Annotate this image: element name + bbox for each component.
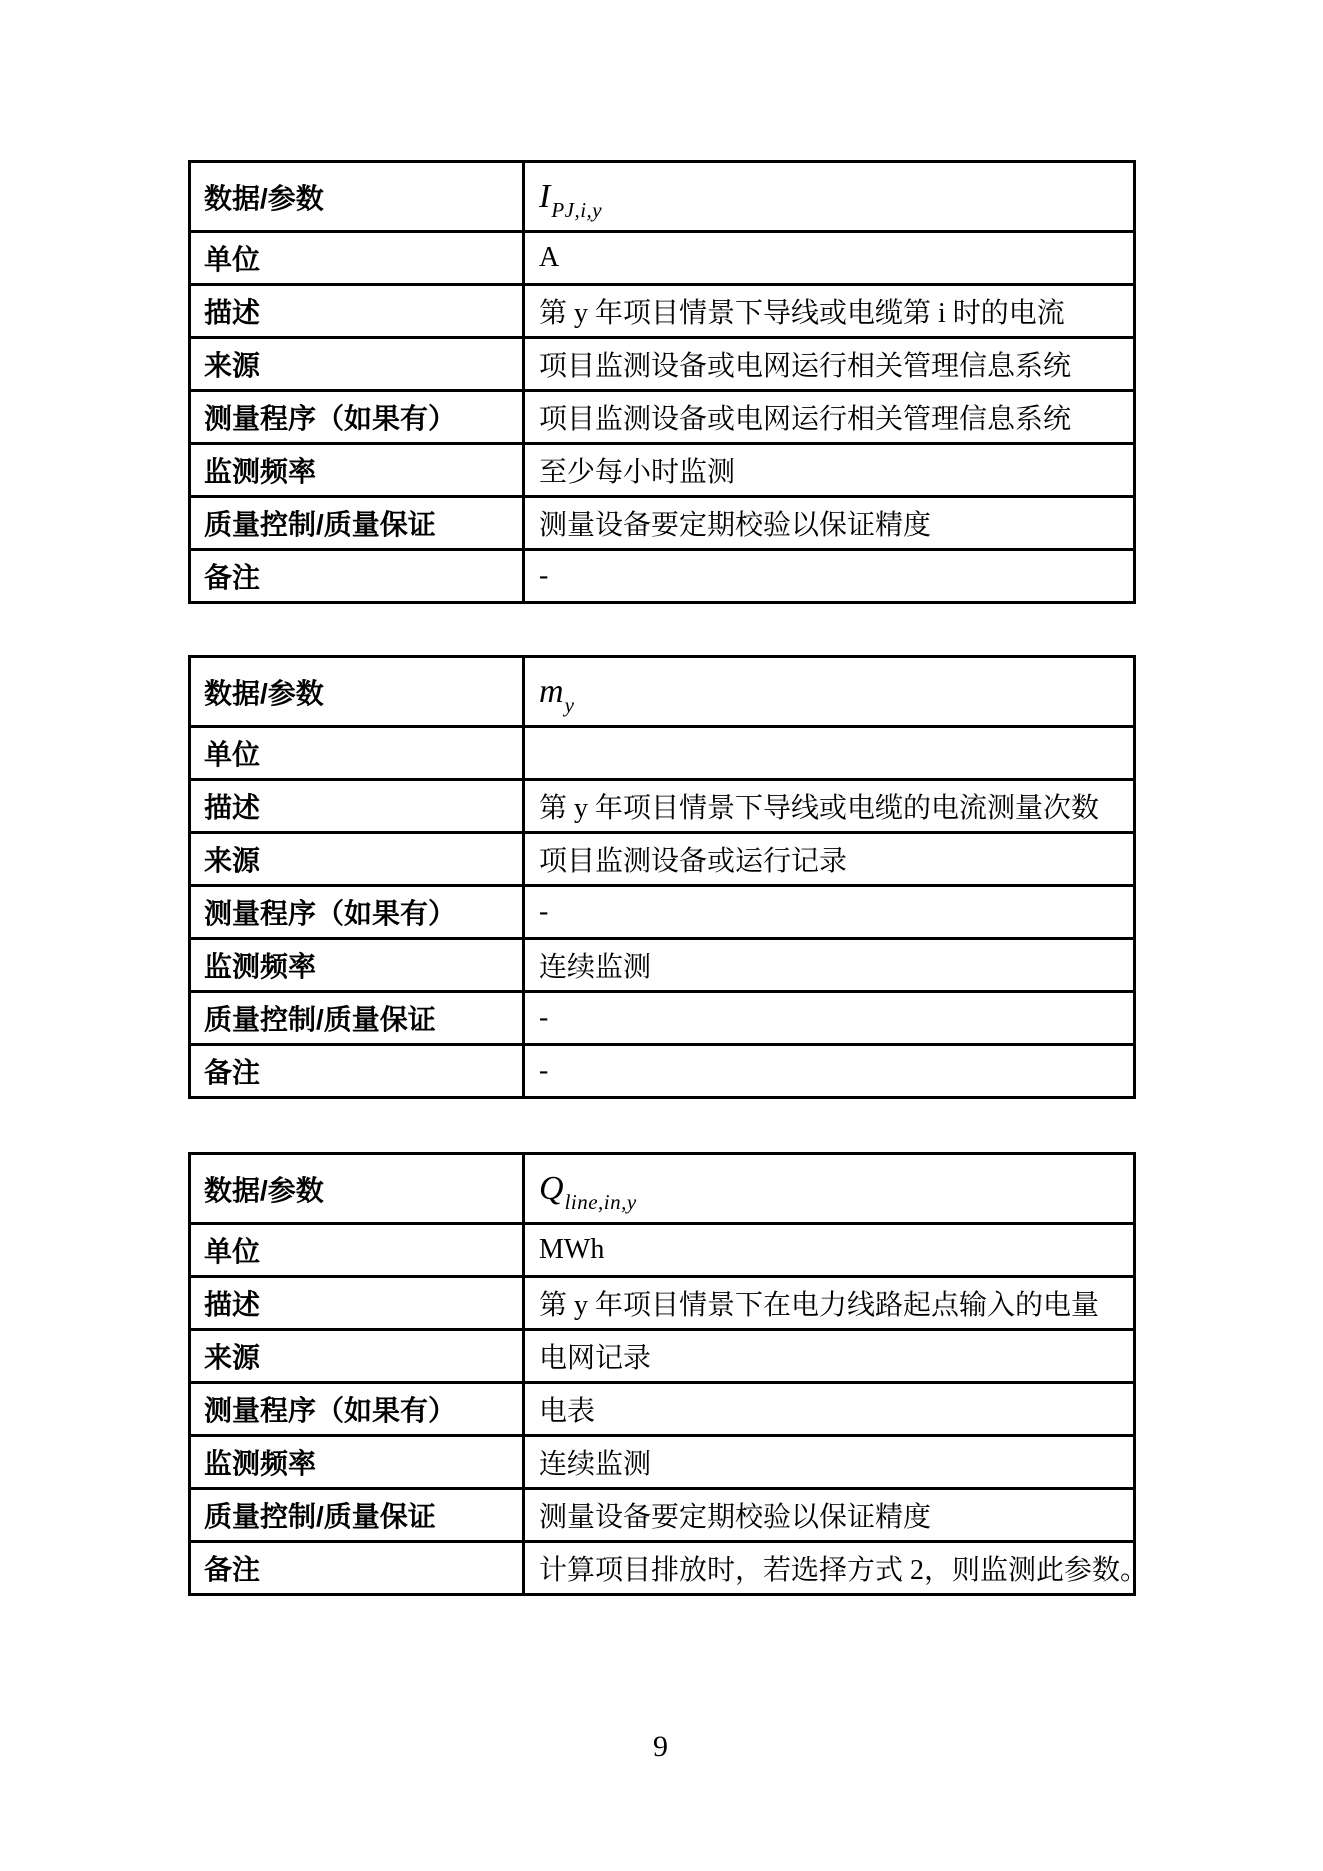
row-label: 数据/参数 <box>190 162 524 232</box>
row-label: 质量控制/质量保证 <box>190 497 524 550</box>
table-row: 数据/参数 my <box>190 657 1135 727</box>
table-row: 描述 第 y 年项目情景下导线或电缆的电流测量次数 <box>190 780 1135 833</box>
row-value: 第 y 年项目情景下在电力线路起点输入的电量 <box>524 1277 1135 1330</box>
table-row: 质量控制/质量保证 测量设备要定期校验以保证精度 <box>190 1489 1135 1542</box>
row-value: 电表 <box>524 1383 1135 1436</box>
table-row: 来源 电网记录 <box>190 1330 1135 1383</box>
row-label: 测量程序（如果有） <box>190 1383 524 1436</box>
page-number: 9 <box>188 1730 1133 1764</box>
table-row: 描述 第 y 年项目情景下导线或电缆第 i 时的电流 <box>190 285 1135 338</box>
row-label: 监测频率 <box>190 444 524 497</box>
row-value: - <box>524 1045 1135 1098</box>
document-page: 数据/参数 IPJ,i,y 单位 A 描述 第 y 年项目情景下导线或电缆第 i… <box>0 0 1323 1871</box>
table-row: 测量程序（如果有） 电表 <box>190 1383 1135 1436</box>
row-label: 描述 <box>190 1277 524 1330</box>
table-row: 备注 - <box>190 550 1135 603</box>
row-label: 监测频率 <box>190 1436 524 1489</box>
parameter-table-1: 数据/参数 IPJ,i,y 单位 A 描述 第 y 年项目情景下导线或电缆第 i… <box>188 160 1136 604</box>
row-value: 连续监测 <box>524 939 1135 992</box>
row-label: 备注 <box>190 1542 524 1595</box>
table-row: 监测频率 至少每小时监测 <box>190 444 1135 497</box>
table-row: 单位 MWh <box>190 1224 1135 1277</box>
row-value <box>524 727 1135 780</box>
row-value: 至少每小时监测 <box>524 444 1135 497</box>
row-label: 来源 <box>190 338 524 391</box>
table-row: 备注 计算项目排放时，若选择方式 2，则监测此参数。 <box>190 1542 1135 1595</box>
row-label: 描述 <box>190 285 524 338</box>
row-value: IPJ,i,y <box>524 162 1135 232</box>
row-value: 第 y 年项目情景下导线或电缆第 i 时的电流 <box>524 285 1135 338</box>
table-row: 来源 项目监测设备或运行记录 <box>190 833 1135 886</box>
row-label: 测量程序（如果有） <box>190 886 524 939</box>
row-label: 数据/参数 <box>190 657 524 727</box>
table-row: 单位 A <box>190 232 1135 285</box>
table-row: 数据/参数 Qline,in,y <box>190 1154 1135 1224</box>
row-value: 计算项目排放时，若选择方式 2，则监测此参数。 <box>524 1542 1135 1595</box>
row-label: 单位 <box>190 727 524 780</box>
table-row: 监测频率 连续监测 <box>190 939 1135 992</box>
row-value: MWh <box>524 1224 1135 1277</box>
row-value: - <box>524 550 1135 603</box>
row-value: 项目监测设备或电网运行相关管理信息系统 <box>524 338 1135 391</box>
row-label: 单位 <box>190 232 524 285</box>
row-label: 单位 <box>190 1224 524 1277</box>
row-value: 电网记录 <box>524 1330 1135 1383</box>
parameter-subscript: line,in,y <box>565 1190 637 1214</box>
row-label: 备注 <box>190 1045 524 1098</box>
row-label: 描述 <box>190 780 524 833</box>
table-row: 备注 - <box>190 1045 1135 1098</box>
parameter-symbol: Q <box>539 1170 564 1207</box>
row-value: 第 y 年项目情景下导线或电缆的电流测量次数 <box>524 780 1135 833</box>
table-row: 监测频率 连续监测 <box>190 1436 1135 1489</box>
parameter-subscript: y <box>565 693 575 717</box>
table-row: 单位 <box>190 727 1135 780</box>
row-value: Qline,in,y <box>524 1154 1135 1224</box>
table-row: 测量程序（如果有） - <box>190 886 1135 939</box>
row-label: 来源 <box>190 833 524 886</box>
table-row: 数据/参数 IPJ,i,y <box>190 162 1135 232</box>
row-value: - <box>524 992 1135 1045</box>
row-value: 项目监测设备或电网运行相关管理信息系统 <box>524 391 1135 444</box>
parameter-symbol: I <box>539 178 550 215</box>
table-row: 质量控制/质量保证 - <box>190 992 1135 1045</box>
row-label: 测量程序（如果有） <box>190 391 524 444</box>
row-label: 质量控制/质量保证 <box>190 992 524 1045</box>
row-label: 备注 <box>190 550 524 603</box>
row-value: A <box>524 232 1135 285</box>
parameter-table-2: 数据/参数 my 单位 描述 第 y 年项目情景下导线或电缆的电流测量次数 来源… <box>188 655 1136 1099</box>
row-value: 测量设备要定期校验以保证精度 <box>524 1489 1135 1542</box>
table-row: 测量程序（如果有） 项目监测设备或电网运行相关管理信息系统 <box>190 391 1135 444</box>
row-label: 质量控制/质量保证 <box>190 1489 524 1542</box>
table-row: 质量控制/质量保证 测量设备要定期校验以保证精度 <box>190 497 1135 550</box>
parameter-symbol: m <box>539 673 564 710</box>
row-value: - <box>524 886 1135 939</box>
row-value: 测量设备要定期校验以保证精度 <box>524 497 1135 550</box>
row-label: 数据/参数 <box>190 1154 524 1224</box>
row-value: 连续监测 <box>524 1436 1135 1489</box>
row-value: my <box>524 657 1135 727</box>
parameter-subscript: PJ,i,y <box>551 198 602 222</box>
row-label: 来源 <box>190 1330 524 1383</box>
row-value: 项目监测设备或运行记录 <box>524 833 1135 886</box>
table-row: 来源 项目监测设备或电网运行相关管理信息系统 <box>190 338 1135 391</box>
parameter-table-3: 数据/参数 Qline,in,y 单位 MWh 描述 第 y 年项目情景下在电力… <box>188 1152 1136 1596</box>
row-label: 监测频率 <box>190 939 524 992</box>
table-row: 描述 第 y 年项目情景下在电力线路起点输入的电量 <box>190 1277 1135 1330</box>
